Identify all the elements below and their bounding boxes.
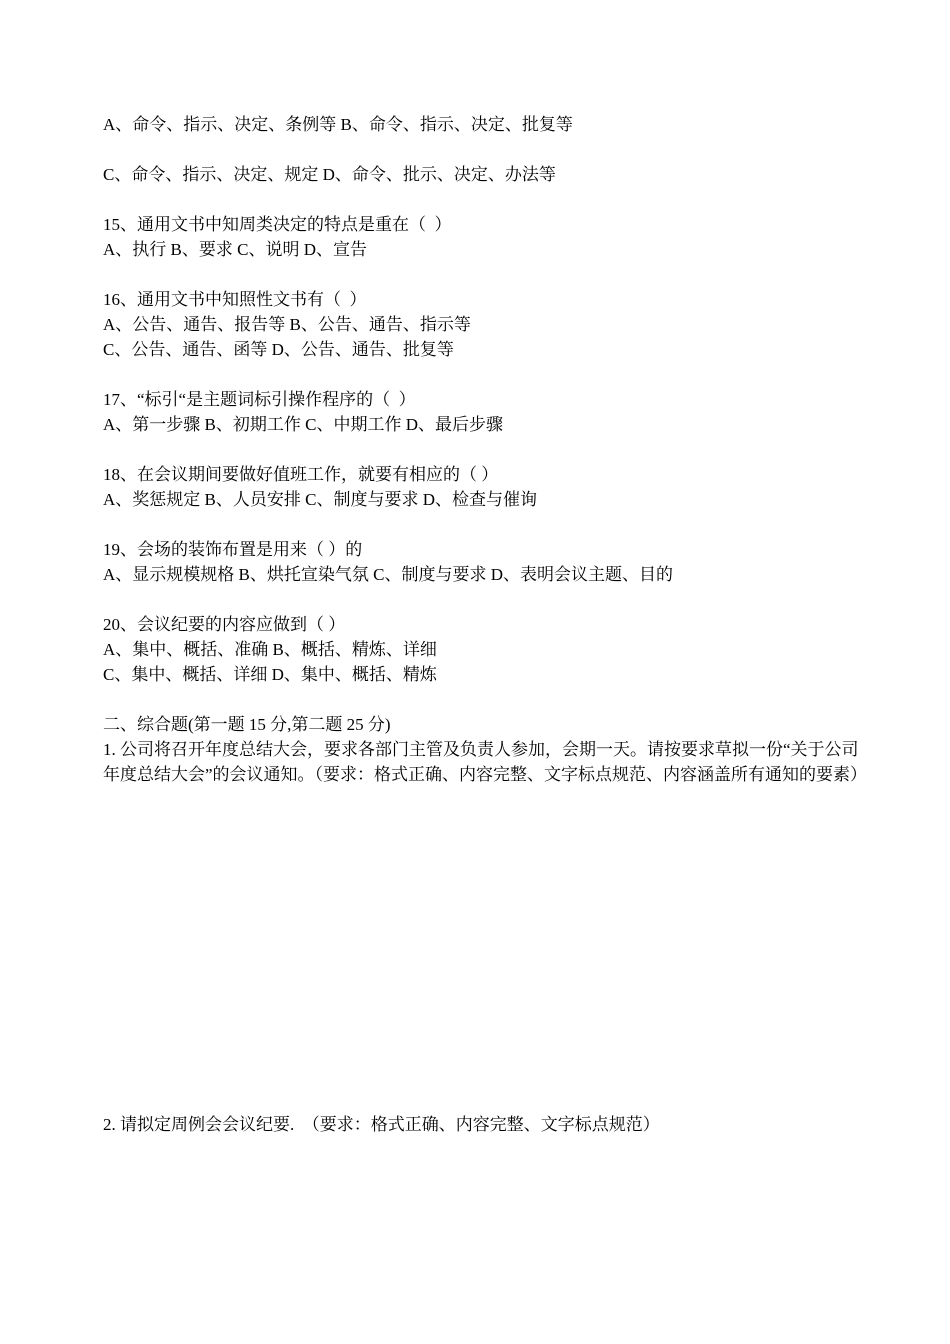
question-19-stem: 19、会场的装饰布置是用来（ ）的: [103, 537, 870, 562]
section-two-q1-line-2: 年度总结大会”的会议通知。（要求：格式正确、内容完整、文字标点规范、内容涵盖所有…: [103, 762, 870, 787]
section-two: 二、综合题(第一题 15 分,第二题 25 分) 1. 公司将召开年度总结大会，…: [103, 712, 870, 787]
question-19: 19、会场的装饰布置是用来（ ）的 A、显示规模规格 B、烘托宣染气氛 C、制度…: [103, 537, 870, 587]
question-14-options-cd-block: C、命令、指示、决定、规定 D、命令、批示、决定、办法等: [103, 162, 870, 187]
question-1-answer-space: [103, 787, 870, 1112]
question-17: 17、“标引“是主题词标引操作程序的（ ） A、第一步骤 B、初期工作 C、中期…: [103, 387, 870, 437]
question-20-stem: 20、会议纪要的内容应做到（ ）: [103, 612, 870, 637]
question-16-options-line-cd: C、公告、通告、函等 D、公告、通告、批复等: [103, 337, 870, 362]
question-16-options-line-ab: A、公告、通告、报告等 B、公告、通告、指示等: [103, 312, 870, 337]
question-15-options-line: A、执行 B、要求 C、说明 D、宣告: [103, 237, 870, 262]
question-17-stem: 17、“标引“是主题词标引操作程序的（ ）: [103, 387, 870, 412]
section-two-q2: 2. 请拟定周例会会议纪要. （要求：格式正确、内容完整、文字标点规范）: [103, 1112, 870, 1137]
question-18-stem: 18、在会议期间要做好值班工作，就要有相应的（ ）: [103, 462, 870, 487]
question-16: 16、通用文书中知照性文书有（ ） A、公告、通告、报告等 B、公告、通告、指示…: [103, 287, 870, 362]
question-20: 20、会议纪要的内容应做到（ ） A、集中、概括、准确 B、概括、精炼、详细 C…: [103, 612, 870, 687]
question-20-options-line-cd: C、集中、概括、详细 D、集中、概括、精炼: [103, 662, 870, 687]
question-18: 18、在会议期间要做好值班工作，就要有相应的（ ） A、奖惩规定 B、人员安排 …: [103, 462, 870, 512]
question-19-options-line: A、显示规模规格 B、烘托宣染气氛 C、制度与要求 D、表明会议主题、目的: [103, 562, 870, 587]
question-17-options-line: A、第一步骤 B、初期工作 C、中期工作 D、最后步骤: [103, 412, 870, 437]
question-14-options-line-ab: A、命令、指示、决定、条例等 B、命令、指示、决定、批复等: [103, 112, 870, 137]
question-16-stem: 16、通用文书中知照性文书有（ ）: [103, 287, 870, 312]
question-15-stem: 15、通用文书中知周类决定的特点是重在（ ）: [103, 212, 870, 237]
question-14-options-line-cd: C、命令、指示、决定、规定 D、命令、批示、决定、办法等: [103, 162, 870, 187]
question-18-options-line: A、奖惩规定 B、人员安排 C、制度与要求 D、检查与催询: [103, 487, 870, 512]
exam-document-page: A、命令、指示、决定、条例等 B、命令、指示、决定、批复等 C、命令、指示、决定…: [0, 0, 950, 1344]
section-two-heading: 二、综合题(第一题 15 分,第二题 25 分): [103, 712, 870, 737]
question-15: 15、通用文书中知周类决定的特点是重在（ ） A、执行 B、要求 C、说明 D、…: [103, 212, 870, 262]
section-two-q2-line: 2. 请拟定周例会会议纪要. （要求：格式正确、内容完整、文字标点规范）: [103, 1112, 870, 1137]
section-two-q1-line-1: 1. 公司将召开年度总结大会，要求各部门主管及负责人参加，会期一天。请按要求草拟…: [103, 737, 870, 762]
question-20-options-line-ab: A、集中、概括、准确 B、概括、精炼、详细: [103, 637, 870, 662]
question-14-options-ab-block: A、命令、指示、决定、条例等 B、命令、指示、决定、批复等: [103, 112, 870, 137]
